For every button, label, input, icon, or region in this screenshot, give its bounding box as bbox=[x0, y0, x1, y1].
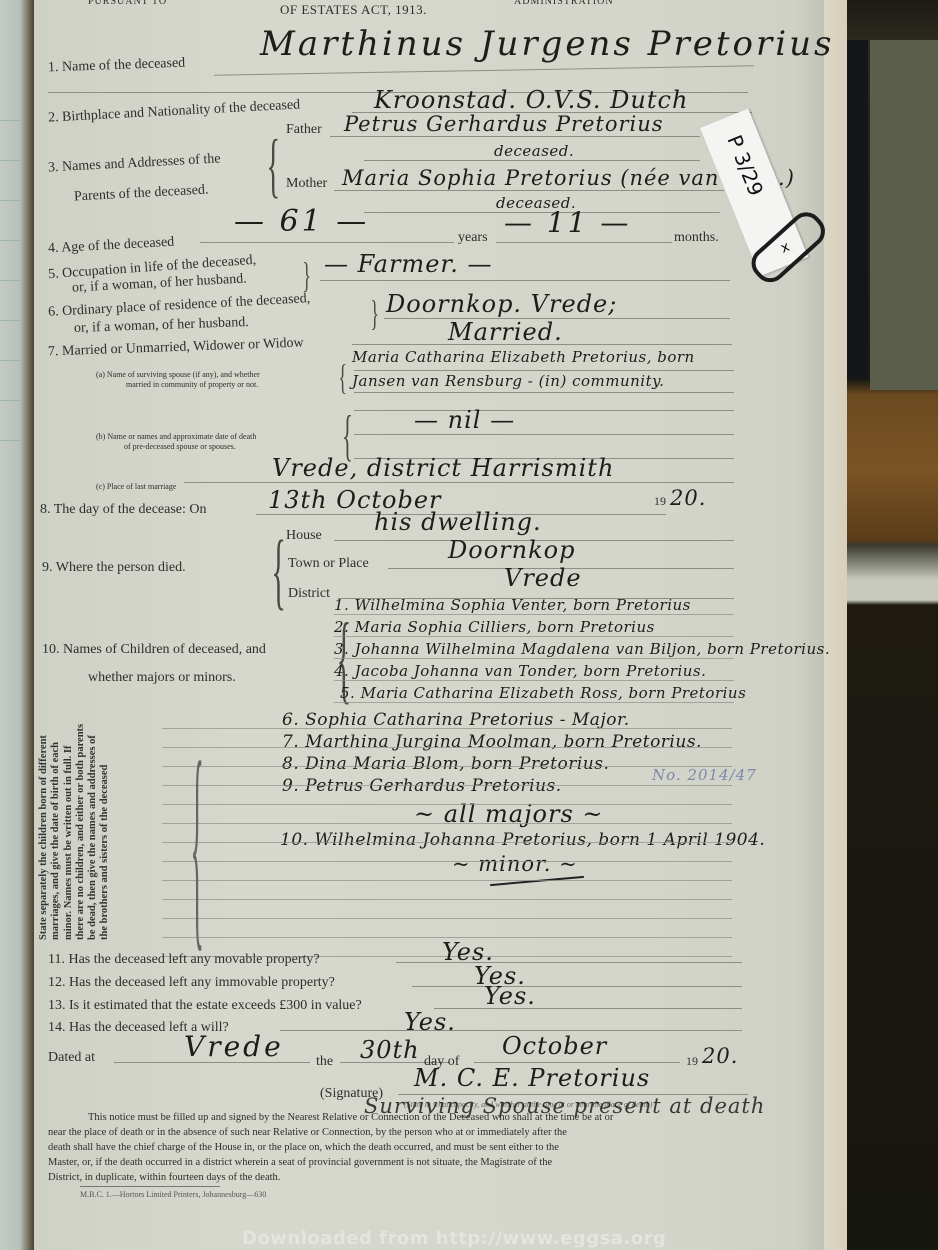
child-entry: 6. Sophia Catharina Pretorius - Major. bbox=[282, 710, 630, 730]
q2-value: Kroonstad. O.V.S. Dutch bbox=[374, 86, 688, 114]
signature-value: M. C. E. Pretorius bbox=[414, 1064, 650, 1092]
side-note-brace: { bbox=[191, 710, 204, 975]
instruction-line: death shall have the chief charge of the… bbox=[48, 1142, 559, 1153]
q3-brace: { bbox=[266, 124, 280, 207]
child-entry: 7. Marthina Jurgina Moolman, born Pretor… bbox=[282, 732, 702, 752]
watermark: Downloaded from http://www.eggsa.org bbox=[242, 1228, 666, 1249]
q7b-value: — nil — bbox=[414, 406, 515, 434]
q1-value: Marthinus Jurgens Pretorius bbox=[260, 24, 835, 64]
q9-house-value: his dwelling. bbox=[374, 508, 542, 536]
child-entry: 1. Wilhelmina Sophia Venter, born Pretor… bbox=[334, 596, 691, 614]
dated-at-label: Dated at bbox=[48, 1050, 95, 1066]
dated-month: October bbox=[502, 1032, 607, 1060]
header-left-fragment: PURSUANT TO bbox=[88, 0, 167, 7]
dated-the-label: the bbox=[316, 1054, 333, 1070]
reference-tag-label: P 3/29 bbox=[722, 132, 768, 200]
q9-brace: { bbox=[271, 520, 285, 620]
dated-day: 30th bbox=[360, 1036, 420, 1064]
q2-label: 2. Birthplace and Nationality of the dec… bbox=[48, 97, 301, 126]
child-entry: 4. Jacoba Johanna van Tonder, born Preto… bbox=[334, 662, 706, 680]
child-entry: 8. Dina Maria Blom, born Pretorius. bbox=[282, 754, 609, 774]
q6-value: Doornkop. Vrede; bbox=[386, 290, 617, 318]
q5-value: — Farmer. — bbox=[324, 250, 493, 278]
q10-label-line2: whether majors or minors. bbox=[88, 670, 236, 686]
child-entry: 2. Maria Sophia Cilliers, born Pretorius bbox=[334, 618, 655, 636]
q14-value: Yes. bbox=[404, 1008, 456, 1036]
q4-months-label: months. bbox=[674, 230, 719, 246]
child-entry: 3. Johanna Wilhelmina Magdalena van Bilj… bbox=[334, 640, 830, 658]
header-right-fragment: ADMINISTRATION bbox=[514, 0, 614, 7]
q3-mother-label: Mother bbox=[286, 176, 327, 192]
dated-year-suffix: 20. bbox=[702, 1044, 738, 1068]
q6-label-line2: or, if a woman, of her husband. bbox=[74, 315, 249, 337]
q7-label: 7. Married or Unmarried, Widower or Wido… bbox=[48, 336, 304, 361]
instruction-line: This notice must be filled up and signed… bbox=[88, 1112, 613, 1123]
q13-label: 13. Is it estimated that the estate exce… bbox=[48, 998, 362, 1014]
q7a-label-line1: (a) Name of surviving spouse (if any), a… bbox=[96, 370, 260, 379]
instruction-line: District, in duplicate, within fourteen … bbox=[48, 1172, 280, 1183]
q12-label: 12. Has the deceased left any immovable … bbox=[48, 975, 335, 991]
q9-town-label: Town or Place bbox=[288, 556, 369, 572]
q3-label-line2: Parents of the deceased. bbox=[74, 182, 209, 205]
dated-place: Vrede bbox=[184, 1030, 284, 1063]
header-act-title: OF ESTATES ACT, 1913. bbox=[280, 2, 427, 18]
q3-father-value2: deceased. bbox=[494, 142, 574, 160]
q11-label: 11. Has the deceased left any movable pr… bbox=[48, 952, 320, 968]
q7a-brace: { bbox=[338, 356, 347, 398]
death-notice-form: PURSUANT TO OF ESTATES ACT, 1913. ADMINI… bbox=[34, 0, 824, 1250]
q10-child10: 10. Wilhelmina Johanna Pretorius, born 1… bbox=[280, 830, 765, 850]
q5-brace: } bbox=[302, 254, 311, 296]
instruction-line: near the place of death or in the absenc… bbox=[48, 1127, 567, 1138]
q8-label: 8. The day of the decease: On bbox=[40, 502, 207, 518]
q7b-label-line2: of pre-deceased spouse or spouses. bbox=[124, 442, 236, 451]
q10-side-note: State separately the children born of di… bbox=[38, 720, 112, 940]
child-entry: 5. Maria Catharina Elizabeth Ross, born … bbox=[340, 684, 746, 702]
q8-year-prefix: 19 bbox=[654, 494, 666, 509]
q6-brace: } bbox=[370, 292, 379, 334]
underlying-ruled-sheet bbox=[0, 0, 34, 1250]
q7c-value: Vrede, district Harrismith bbox=[272, 454, 614, 482]
q9-label: 9. Where the person died. bbox=[42, 560, 186, 576]
printer-imprint: M.B.C. 1.—Hortors Limited Printers, Joha… bbox=[80, 1190, 266, 1199]
q8-year-suffix: 20. bbox=[670, 486, 706, 510]
q7a-label-line2: married in community of property or not. bbox=[126, 380, 258, 389]
q3-father-label: Father bbox=[286, 122, 322, 138]
q10-stamp-note: No. 2014/47 bbox=[652, 766, 757, 784]
q4-years-label: years bbox=[458, 230, 488, 246]
q7b-label-line1: (b) Name or names and approximate date o… bbox=[96, 432, 256, 441]
q7-value: Married. bbox=[448, 318, 563, 346]
q7a-value2: Jansen van Rensburg - (in) community. bbox=[352, 372, 664, 390]
q3-label-line1: 3. Names and Addresses of the bbox=[48, 151, 221, 176]
q13-value: Yes. bbox=[484, 982, 536, 1010]
q3-father-value: Petrus Gerhardus Pretorius bbox=[344, 112, 664, 136]
q10-minor-note: ~ minor. ~ bbox=[452, 852, 578, 876]
q4-months-value: — 11 — bbox=[504, 206, 631, 239]
q9-house-label: House bbox=[286, 528, 322, 544]
q9-district-value: Vrede bbox=[504, 564, 582, 592]
child-entry: 9. Petrus Gerhardus Pretorius. bbox=[282, 776, 562, 796]
q7c-label: (c) Place of last marriage bbox=[96, 482, 176, 491]
q10-label-line1: 10. Names of Children of deceased, and bbox=[42, 642, 266, 658]
q1-label: 1. Name of the deceased bbox=[48, 56, 186, 77]
q4-years-value: — 61 — bbox=[234, 204, 369, 239]
instruction-line: Master, or, if the death occurred in a d… bbox=[48, 1157, 552, 1168]
background-wall bbox=[870, 40, 938, 390]
q4-label: 4. Age of the deceased bbox=[48, 235, 175, 258]
q9-district-label: District bbox=[288, 586, 330, 602]
q7a-value1: Maria Catharina Elizabeth Pretorius, bor… bbox=[352, 348, 695, 366]
q9-town-value: Doornkop bbox=[448, 536, 575, 564]
dated-year-prefix: 19 bbox=[686, 1054, 698, 1069]
